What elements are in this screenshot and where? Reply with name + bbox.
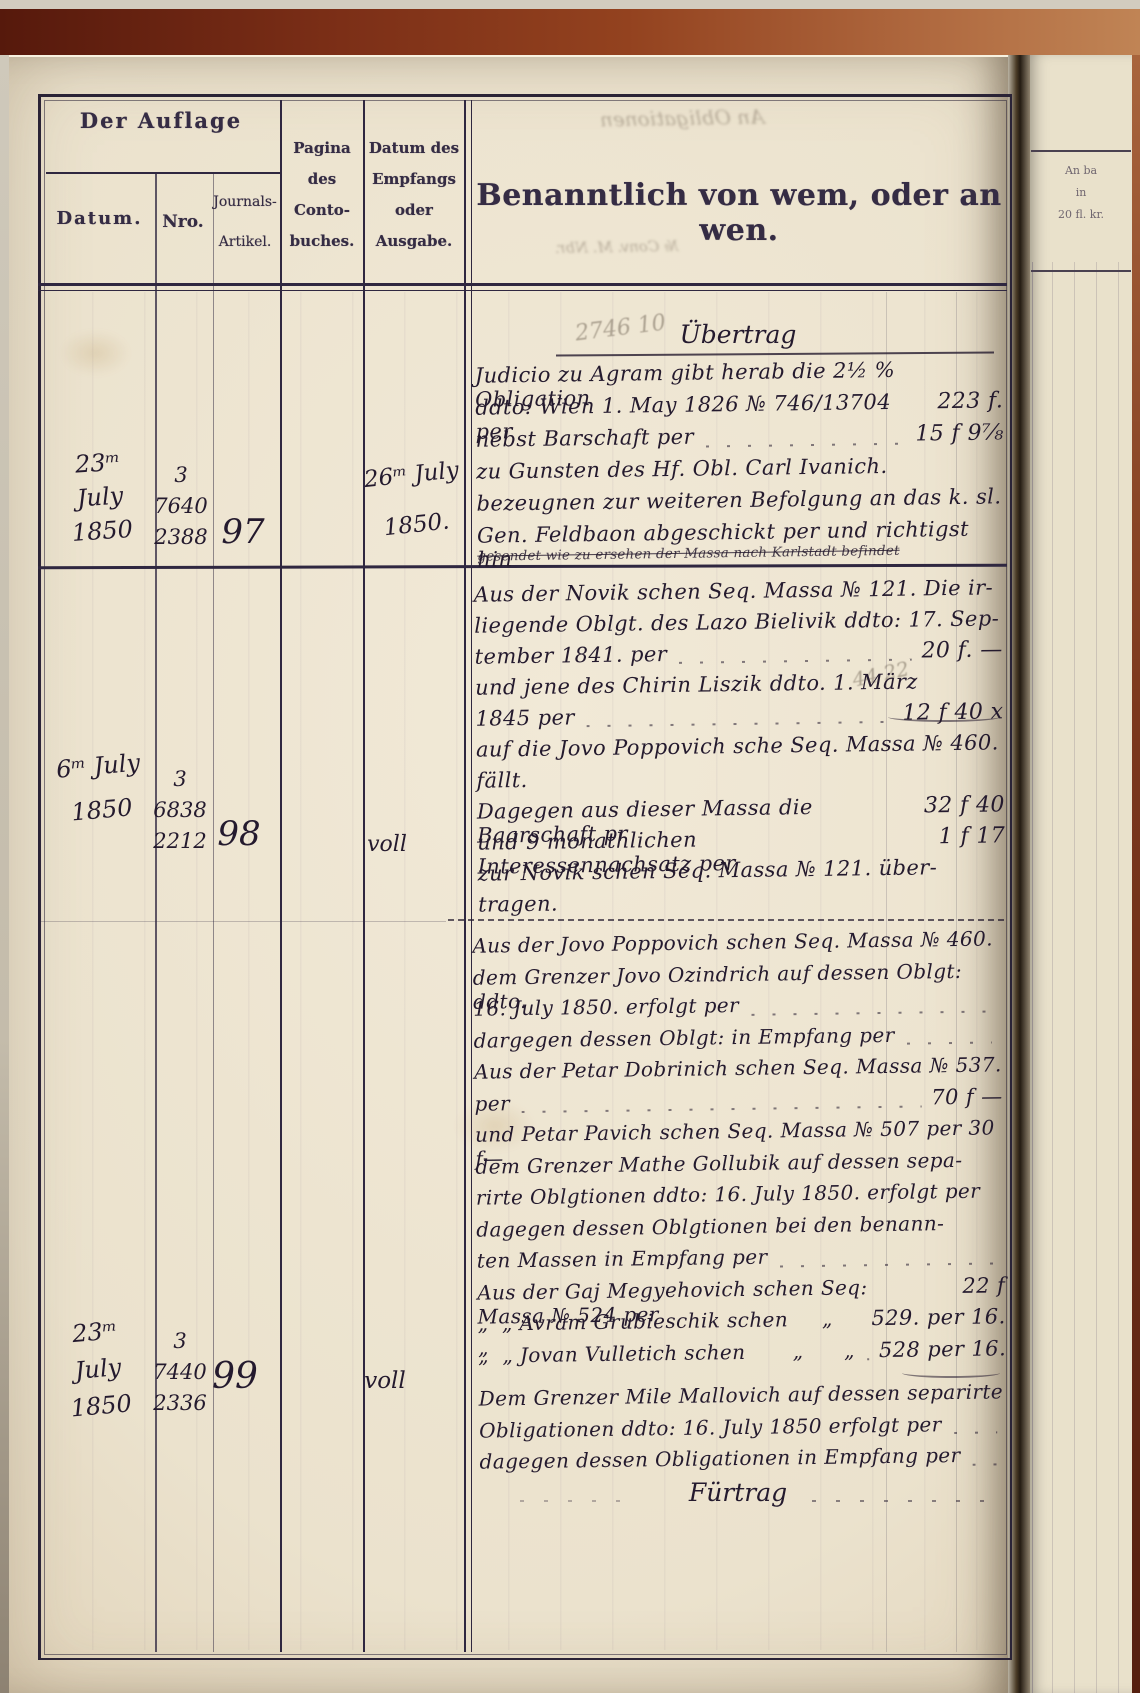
- line-text: tragen.: [478, 892, 558, 917]
- dot-leader: [679, 659, 911, 664]
- column-header-empfang: Datum des Empfangs oder Ausgabe.: [364, 133, 464, 257]
- amount-flourish: [902, 1368, 1000, 1378]
- rule: [1052, 262, 1053, 1693]
- entry-journal-artikel: 97: [212, 512, 274, 552]
- facing-page-header-box: An ba in 20 fl. kr.: [1031, 150, 1131, 272]
- entry-journal-artikel: 98: [208, 814, 270, 854]
- line-amount: 32 f 40: [924, 792, 1005, 818]
- rule: [280, 100, 282, 1652]
- ledger-line: Judicio zu Agram gibt herab die 2½ % Obl…: [475, 356, 1003, 395]
- line-amount: 1 f 17: [939, 823, 1006, 849]
- rule: [464, 100, 466, 1652]
- column-group-title: Der Auflage: [46, 108, 276, 133]
- rule: [1096, 262, 1097, 1693]
- line-text: dargegen dessen Oblgt: in Empfang per: [474, 1022, 895, 1052]
- line-amount: 528 per 16.: [879, 1336, 1006, 1362]
- rule: [213, 172, 214, 1652]
- ledger-entry: Aus der Jovo Poppovich schen Seq. Massa …: [472, 926, 1008, 1481]
- ledger-entry: Aus der Novik schen Seq. Massa № 121. Di…: [474, 575, 1007, 923]
- rule: [363, 100, 365, 1652]
- rule: [1074, 262, 1075, 1693]
- scan-edge-right: [1132, 55, 1140, 1693]
- rule: [1118, 262, 1119, 1693]
- line-text: zur Novik schen Seq. Massa № 121. über-: [478, 855, 938, 885]
- line-amount: 15 f 9⅞: [915, 420, 1004, 446]
- line-text: und jene des Chirin Liszik ddto. 1. März: [475, 670, 918, 700]
- dot-leader: [706, 443, 905, 448]
- scan-edge-top: [0, 0, 1140, 9]
- entry-date: 23ᵐ July 1850: [43, 1310, 152, 1429]
- line-amount: 22 f: [962, 1273, 1005, 1298]
- ledger-entry: Judicio zu Agram gibt herab die 2½ % Obl…: [475, 356, 1006, 564]
- rule: [38, 290, 1007, 291]
- line-text: per: [474, 1091, 510, 1115]
- scanned-ledger-photo: An ba in 20 fl. kr. Der Auflage Datum. N…: [0, 0, 1140, 1693]
- line-text: dagegen dessen Oblgtionen bei den benann…: [476, 1211, 944, 1242]
- column-header-nro: Nro.: [155, 212, 211, 232]
- rule: [155, 172, 157, 1652]
- rule: [38, 283, 1007, 286]
- entry-date: 23ᵐ July 1850: [47, 443, 154, 552]
- dot-leader: [973, 1463, 998, 1465]
- line-text: ten Massen in Empfang per: [477, 1245, 768, 1273]
- line-text: tember 1841. per: [475, 642, 668, 669]
- line-amount: 70 f —: [931, 1084, 1003, 1109]
- dot-leader: [907, 1041, 992, 1044]
- entry-nro: 3 6838 2212: [150, 764, 210, 857]
- entry-separator: [40, 921, 446, 922]
- paper-stain: [60, 330, 130, 376]
- line-text: 16. July 1850. erfolgt per: [473, 993, 739, 1021]
- carryforward-label: Fürtrag: [472, 1478, 1004, 1507]
- line-text: Dem Grenzer Mile Mallovich auf dessen se…: [479, 1379, 1004, 1410]
- column-header-datum: Datum.: [46, 208, 153, 229]
- entry-receipt-date: 26ᵐ July 1850.: [353, 444, 475, 555]
- dot-leader: [522, 1105, 921, 1113]
- entry-receipt-date: voll: [350, 1368, 420, 1394]
- dot-leader: [954, 1431, 997, 1434]
- dot-leader: [780, 1262, 995, 1267]
- line-amount: 20 f. —: [921, 637, 1002, 663]
- line-amount: 223 f.: [937, 388, 1003, 414]
- dot-trail: [812, 1500, 1000, 1502]
- dot-leader: [867, 1358, 869, 1360]
- dot-leader: [587, 721, 893, 727]
- entry-receipt-date: voll: [352, 832, 422, 857]
- book-cover-strip: [0, 9, 1140, 55]
- entry-nro: 3 7440 2336: [150, 1326, 210, 1419]
- column-header-pagina: Pagina des Conto- buches.: [282, 133, 362, 257]
- dot-leader: [751, 1010, 991, 1015]
- carryover-label: Übertrag: [472, 320, 1004, 349]
- line-text: 1845 per: [475, 705, 575, 730]
- dot-trail: [520, 1500, 640, 1502]
- rule: [1032, 262, 1033, 1693]
- amount-flourish: [888, 712, 1000, 722]
- column-header-journal: Journals- Artikel.: [210, 182, 280, 262]
- ledger-line: dem Grenzer Jovo Ozindrich auf dessen Ob…: [473, 958, 1001, 997]
- main-column-title: Benanntlich von wem, oder an wen.: [474, 178, 1004, 248]
- scan-edge-left: [0, 55, 9, 1693]
- line-text: nebst Barschaft per: [476, 425, 695, 452]
- entry-journal-artikel: 99: [202, 1356, 268, 1397]
- line-text: fällt.: [476, 768, 528, 793]
- line-text: „ „ Jovan Vulletich schen „ „: [478, 1338, 855, 1367]
- facing-page-sliver: [1030, 55, 1132, 1693]
- line-text: Obligationen ddto: 16. July 1850 erfolgt…: [479, 1412, 942, 1442]
- rule: [46, 172, 280, 174]
- line-amount: 529. per 16.: [871, 1304, 1006, 1330]
- entry-date: 6ᵐ July 1850: [40, 739, 159, 836]
- line-text: zu Gunsten des Hf. Obl. Carl Ivanich.: [476, 454, 888, 484]
- entry-nro: 3 7640 2388: [152, 460, 210, 553]
